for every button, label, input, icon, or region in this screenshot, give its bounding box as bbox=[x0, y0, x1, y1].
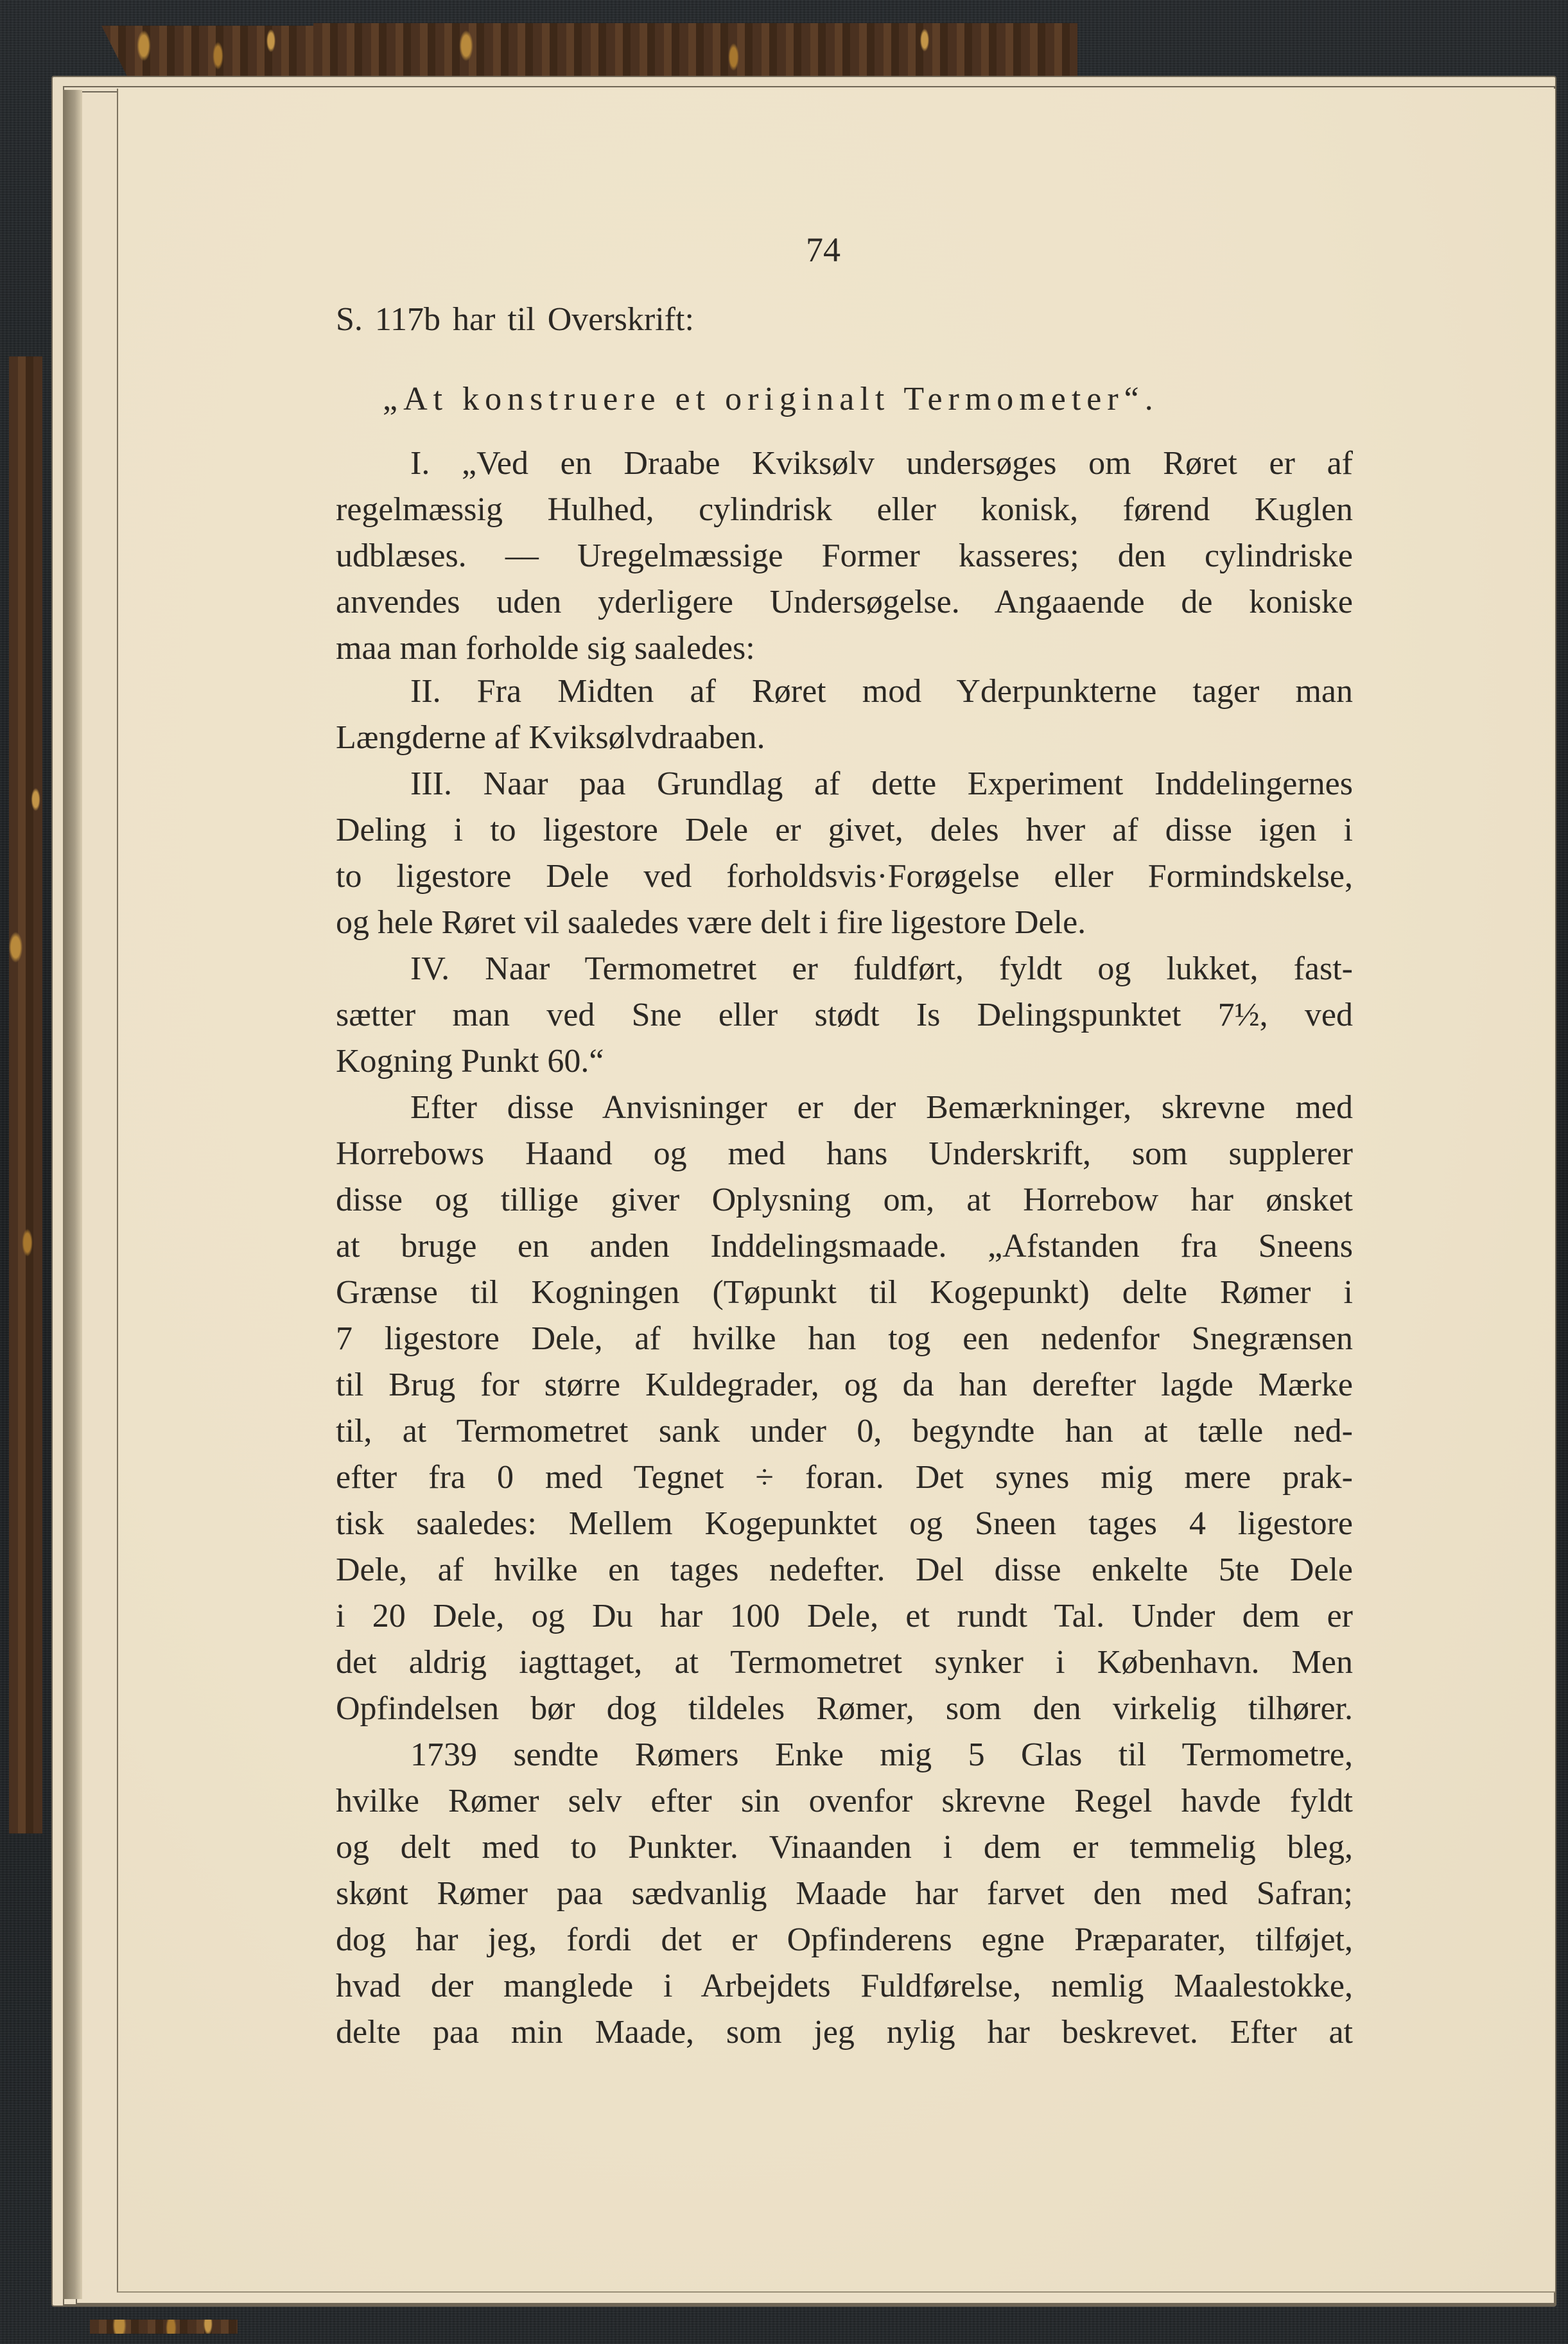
text-line: skønt Rømer paa sædvanlig Maade har farv… bbox=[336, 1871, 1353, 1917]
text-line: og hele Røret vil saaledes være delt i f… bbox=[336, 900, 1353, 946]
text-line: anvendes uden yderligere Undersøgelse. A… bbox=[336, 579, 1353, 625]
text-line: efter fra 0 med Tegnet ÷ foran. Det syne… bbox=[336, 1455, 1353, 1501]
text-line: Deling i to ligestore Dele er givet, del… bbox=[336, 807, 1353, 853]
text-line: til Brug for større Kuldegrader, og da h… bbox=[336, 1362, 1353, 1408]
section-heading: S. 117b har til Overskrift: bbox=[336, 301, 694, 338]
text-line: Grænse til Kogningen (Tøpunkt til Kogepu… bbox=[336, 1270, 1353, 1316]
marbled-endpaper-top-left bbox=[101, 26, 313, 76]
text-line: dog har jeg, fordi det er Opfinderens eg… bbox=[336, 1917, 1353, 1963]
text-line: tisk saaledes: Mellem Kogepunktet og Sne… bbox=[336, 1501, 1353, 1547]
text-line: regelmæssig Hulhed, cylindrisk eller kon… bbox=[336, 487, 1353, 533]
quoted-title: „At konstruere et originalt Termometer“. bbox=[383, 380, 1159, 418]
paragraph-3: III. Naar paa Grundlag af dette Experime… bbox=[336, 761, 1353, 946]
text-line: Dele, af hvilke en tages nedefter. Del d… bbox=[336, 1547, 1353, 1593]
text-line: III. Naar paa Grundlag af dette Experime… bbox=[336, 761, 1353, 807]
text-line: IV. Naar Termometret er fuldført, fyldt … bbox=[336, 946, 1353, 992]
text-line: til, at Termometret sank under 0, begynd… bbox=[336, 1408, 1353, 1455]
text-line: i 20 Dele, og Du har 100 Dele, et rundt … bbox=[336, 1593, 1353, 1640]
text-line: Kogning Punkt 60.“ bbox=[336, 1038, 1353, 1085]
paragraph-5: Efter disse Anvisninger er der Bemærknin… bbox=[336, 1085, 1353, 1732]
marbled-endpaper-bottom bbox=[90, 2320, 238, 2334]
text-line: det aldrig iagttaget, at Termometret syn… bbox=[336, 1640, 1353, 1686]
text-line: maa man forholde sig saaledes: bbox=[336, 625, 1353, 672]
text-line: Horrebows Haand og med hans Underskrift,… bbox=[336, 1131, 1353, 1177]
text-line: sætter man ved Sne eller stødt Is Deling… bbox=[336, 992, 1353, 1038]
paragraph-2: II. Fra Midten af Røret mod Yderpunktern… bbox=[336, 669, 1353, 761]
text-line: Længderne af Kviksølvdraaben. bbox=[336, 715, 1353, 761]
text-line: Opfindelsen bør dog tildeles Rømer, som … bbox=[336, 1686, 1353, 1732]
text-line: at bruge en anden Inddelingsmaade. „Afst… bbox=[336, 1223, 1353, 1270]
page-number: 74 bbox=[806, 230, 841, 270]
text-line: I. „Ved en Draabe Kviksølv undersøges om… bbox=[336, 441, 1353, 487]
paragraph-4: IV. Naar Termometret er fuldført, fyldt … bbox=[336, 946, 1353, 1085]
text-line: hvad der manglede i Arbejdets Fuldførels… bbox=[336, 1963, 1353, 2009]
text-line: II. Fra Midten af Røret mod Yderpunktern… bbox=[336, 669, 1353, 715]
text-line: Efter disse Anvisninger er der Bemærknin… bbox=[336, 1085, 1353, 1131]
marbled-endpaper-left bbox=[9, 356, 42, 1833]
text-line: to ligestore Dele ved forholdsvis·Forøge… bbox=[336, 853, 1353, 900]
gutter-shadow bbox=[63, 90, 82, 2299]
text-line: disse og tillige giver Oplysning om, at … bbox=[336, 1177, 1353, 1223]
text-line: og delt med to Punkter. Vinaanden i dem … bbox=[336, 1824, 1353, 1871]
text-line: 7 ligestore Dele, af hvilke han tog een … bbox=[336, 1316, 1353, 1362]
text-line: hvilke Rømer selv efter sin ovenfor skre… bbox=[336, 1778, 1353, 1824]
text-line: delte paa min Maade, som jeg nylig har b… bbox=[336, 2009, 1353, 2056]
marbled-endpaper-top bbox=[313, 23, 1077, 80]
paragraph-6: 1739 sendte Rømers Enke mig 5 Glas til T… bbox=[336, 1732, 1353, 2056]
text-line: 1739 sendte Rømers Enke mig 5 Glas til T… bbox=[336, 1732, 1353, 1778]
text-line: udblæses. –– Uregelmæssige Former kasser… bbox=[336, 533, 1353, 579]
paragraph-1: I. „Ved en Draabe Kviksølv undersøges om… bbox=[336, 441, 1353, 672]
